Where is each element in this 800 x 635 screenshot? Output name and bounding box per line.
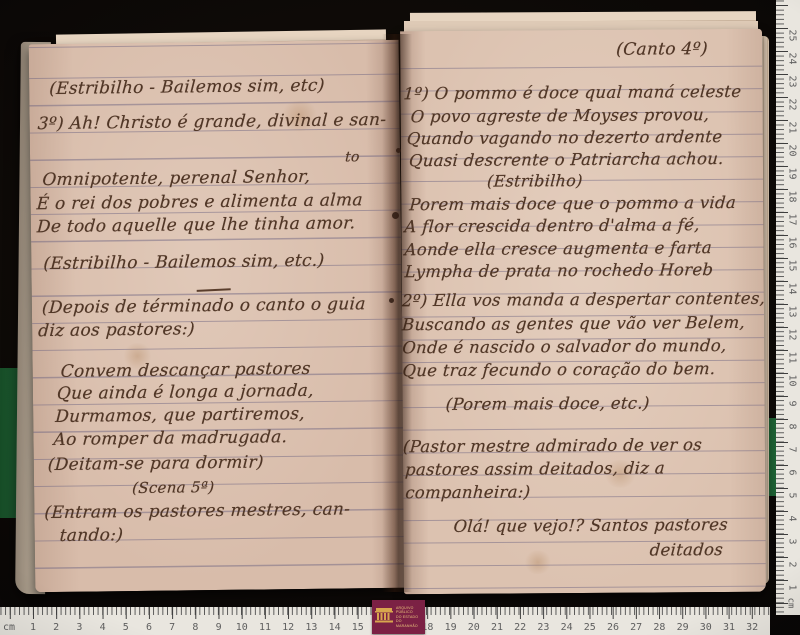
ruler-number: 15	[352, 622, 364, 633]
ruler-unit-label: cm	[785, 598, 795, 609]
handwritten-line: Quando vagando no dezerto ardente	[406, 129, 723, 148]
ruler-number: 21	[787, 121, 798, 135]
ruler-number: 19	[445, 622, 457, 633]
ruler-number: 23	[537, 622, 549, 633]
right-page: (Canto 4º) 1º) O pommo é doce qual maná …	[400, 29, 766, 595]
ruler-number: 10	[787, 374, 798, 388]
archive-building-icon	[374, 605, 394, 629]
handwritten-line: A flor crescida dentro d'alma a fé,	[404, 217, 700, 236]
ruler-number: 7	[787, 443, 798, 457]
ruler-number: 1	[787, 581, 798, 595]
ruler-number: 32	[746, 622, 758, 633]
stain	[524, 550, 552, 574]
ruler-number: 29	[677, 622, 689, 633]
handwritten-line: Lympha de prata no rochedo Horeb	[404, 262, 714, 281]
handwritten-line: 3º) Ah! Christo é grande, divinal e san-	[37, 112, 387, 133]
handwritten-line: (Porem mais doce, etc.)	[445, 396, 650, 414]
ruler-number: 6	[146, 622, 152, 633]
ink-blot	[392, 212, 399, 219]
ruler-number: 20	[468, 622, 480, 633]
ruler-number: 3	[787, 535, 798, 549]
handwritten-line: companheira:)	[405, 484, 531, 501]
ruler-number: 8	[192, 622, 198, 633]
handwritten-line: (Estribilho)	[487, 173, 584, 190]
logo-text-line: DO MARANHÃO	[396, 619, 423, 628]
handwritten-line: to	[345, 150, 360, 164]
ruler-number: 7	[169, 622, 175, 633]
handwritten-line: É o rei dos pobres e alimenta a alma	[36, 192, 363, 213]
handwritten-line: Que ainda é longa a jornada,	[56, 383, 314, 403]
ruler-number: 1	[30, 622, 36, 633]
page-heading: (Canto 4º)	[616, 41, 709, 59]
ruler-unit-label: cm	[3, 622, 15, 633]
ruler-number: 31	[723, 622, 735, 633]
ruler-number: 9	[787, 397, 798, 411]
ruler-number: 9	[216, 622, 222, 633]
ruler-number: 26	[607, 622, 619, 633]
ruler-number: 3	[76, 622, 82, 633]
archive-logo: ARQUIVO PÚBLICO DO ESTADO DO MARANHÃO	[372, 600, 425, 634]
handwritten-line: deitados	[649, 542, 723, 559]
ruler-number: 5	[123, 622, 129, 633]
ruler-number: 19	[787, 167, 798, 181]
handwritten-line: Onde é nascido o salvador do mundo,	[402, 338, 727, 357]
handwritten-line: Ao romper da madrugada.	[53, 429, 288, 449]
ruler-number: 2	[787, 558, 798, 572]
handwritten-line: (Entram os pastores mestres, can-	[44, 501, 351, 522]
handwritten-line: diz aos pastores:)	[38, 321, 196, 340]
ruler-number: 2	[53, 622, 59, 633]
ruler-number: 14	[329, 622, 341, 633]
ruler-number: 23	[787, 75, 798, 89]
handwritten-line: Quasi descrente o Patriarcha achou.	[408, 151, 724, 170]
handwritten-line: (Estribilho - Bailemos sim, etc)	[49, 78, 325, 98]
ruler-number: 12	[282, 622, 294, 633]
ruler-number: 10	[236, 622, 248, 633]
handwritten-line: (Pastor mestre admirado de ver os	[402, 437, 702, 456]
ruler-number: 11	[259, 622, 271, 633]
ruler-number: 28	[653, 622, 665, 633]
ruler-number: 4	[787, 512, 798, 526]
handwritten-line: (Scena 5ª)	[132, 480, 215, 496]
section-divider	[197, 288, 231, 292]
handwritten-line: Buscando as gentes que vão ver Belem,	[402, 315, 746, 334]
handwritten-line: tando:)	[59, 527, 123, 545]
handwritten-line: (Estribilho - Bailemos sim, etc.)	[43, 253, 325, 273]
ruler-number: 21	[491, 622, 503, 633]
book-gutter-shadow	[382, 34, 412, 592]
ruler-number: 4	[100, 622, 106, 633]
ruler-number: 13	[305, 622, 317, 633]
ruler-number: 8	[787, 420, 798, 434]
handwritten-line: Que traz fecundo o coração do bem.	[402, 361, 716, 380]
ruler-number: 22	[787, 98, 798, 112]
handwritten-line: (Deitam-se para dormir)	[47, 454, 264, 474]
left-page: (Estribilho - Bailemos sim, etc) 3º) Ah!…	[29, 40, 406, 592]
ruler-number: 13	[787, 305, 798, 319]
ruler-number: 11	[787, 351, 798, 365]
ruler-number: 15	[787, 259, 798, 273]
handwritten-line: 1º) O pommo é doce qual maná celeste	[403, 84, 742, 103]
handwritten-line: (Depois de términado o canto o guia	[41, 296, 366, 317]
handwritten-line: O povo agreste de Moyses provou,	[410, 107, 710, 126]
ruler-number: 5	[787, 489, 798, 503]
ruler-number: 30	[700, 622, 712, 633]
ruler-number: 18	[787, 190, 798, 204]
ruler-number: 24	[561, 622, 573, 633]
handwritten-line: Aonde ella cresce augmenta e farta	[404, 240, 712, 259]
handwritten-line: Olá! que vejo!? Santos pastores	[453, 517, 729, 535]
ruler-number: 22	[514, 622, 526, 633]
ruler-number: 17	[787, 213, 798, 227]
vertical-ruler: cm 1234567891011121314151617181920212223…	[776, 0, 800, 615]
ruler-number: 14	[787, 282, 798, 296]
ruler-number: 6	[787, 466, 798, 480]
ruler-number: 16	[787, 236, 798, 250]
handwritten-line: 2º) Ella vos manda a despertar contentes…	[401, 291, 765, 310]
ruler-number: 25	[584, 622, 596, 633]
photo-stage: (Estribilho - Bailemos sim, etc) 3º) Ah!…	[0, 0, 800, 635]
ink-blot	[389, 298, 394, 303]
handwritten-line: Convem descançar pastores	[60, 361, 311, 381]
archive-logo-text: ARQUIVO PÚBLICO DO ESTADO DO MARANHÃO	[396, 606, 423, 628]
handwritten-line: Durmamos, que partiremos,	[55, 406, 306, 426]
ruler-number: 27	[630, 622, 642, 633]
ruler-number: 24	[787, 52, 798, 66]
handwritten-line: De todo aquelle que lhe tinha amor.	[36, 215, 356, 236]
ink-blot	[396, 148, 401, 153]
ruler-number: 12	[787, 328, 798, 342]
handwritten-line: pastores assim deitados, diz a	[405, 460, 666, 478]
handwritten-line: Omnipotente, perenal Senhor,	[42, 169, 311, 189]
ruler-number: 20	[787, 144, 798, 158]
handwritten-line: Porem mais doce que o pommo a vida	[409, 195, 737, 214]
ruler-number: 25	[787, 29, 798, 43]
